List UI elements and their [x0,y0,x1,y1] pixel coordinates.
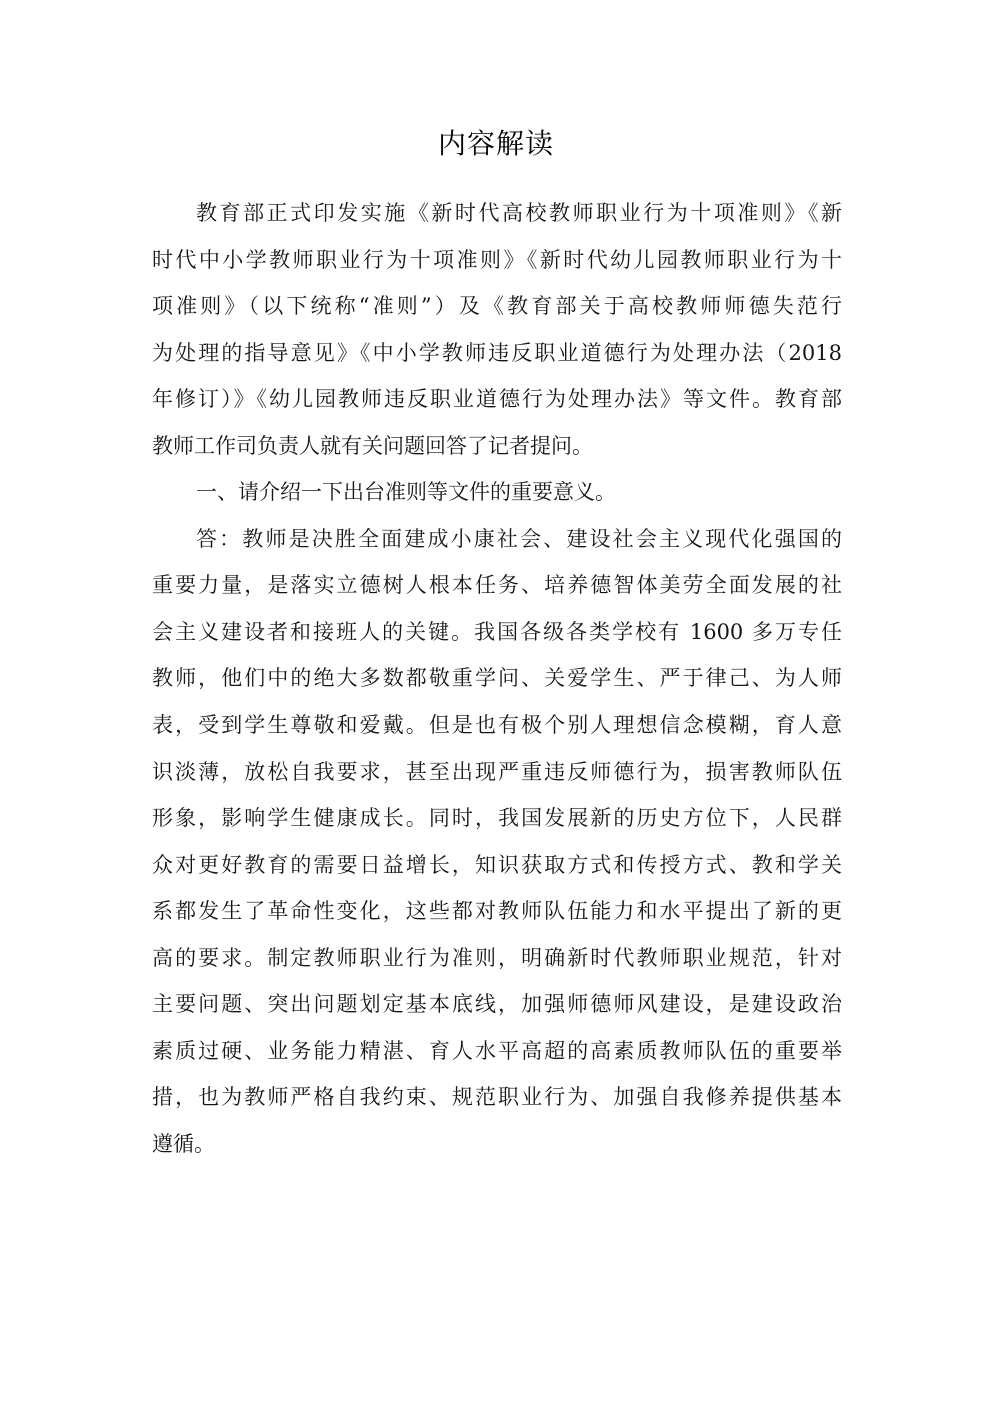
paragraph-line: 为处理的指导意见》《中小学教师违反职业道德行为处理办法（2018 [152,330,842,377]
paragraph-line: 遵循。 [152,1121,842,1168]
paragraph-line: 素质过硬、业务能力精湛、育人水平高超的高素质教师队伍的重要举 [152,1028,842,1075]
paragraph-line: 表，受到学生尊敬和爱戴。但是也有极个别人理想信念模糊，育人意 [152,702,842,749]
paragraph-line: 教师，他们中的绝大多数都敬重学问、关爱学生、严于律己、为人师 [152,655,842,702]
paragraph-line: 答：教师是决胜全面建成小康社会、建设社会主义现代化强国的 [152,516,842,563]
paragraph-line: 时代中小学教师职业行为十项准则》《新时代幼儿园教师职业行为十 [152,237,842,284]
paragraph-line: 会主义建设者和接班人的关键。我国各级各类学校有 1600 多万专任 [152,609,842,656]
paragraph-line: 系都发生了革命性变化，这些都对教师队伍能力和水平提出了新的更 [152,888,842,935]
document-page: 内容解读 教育部正式印发实施《新时代高校教师职业行为十项准则》《新 时代中小学教… [0,0,992,1403]
paragraph-line: 教师工作司负责人就有关问题回答了记者提问。 [152,423,842,470]
paragraph-line: 识淡薄，放松自我要求，甚至出现严重违反师德行为，损害教师队伍 [152,749,842,796]
paragraph-line: 项准则》（以下统称“准则”）及《教育部关于高校教师师德失范行 [152,283,842,330]
paragraph-line: 主要问题、突出问题划定基本底线，加强师德师风建设，是建设政治 [152,981,842,1028]
paragraph-line: 年修订）》《幼儿园教师违反职业道德行为处理办法》等文件。教育部 [152,376,842,423]
paragraph-line: 形象，影响学生健康成长。同时，我国发展新的历史方位下，人民群 [152,795,842,842]
paragraph-line: 重要力量，是落实立德树人根本任务、培养德智体美劳全面发展的社 [152,562,842,609]
paragraph-line: 高的要求。制定教师职业行为准则，明确新时代教师职业规范，针对 [152,935,842,982]
paragraph-line: 教育部正式印发实施《新时代高校教师职业行为十项准则》《新 [152,190,842,237]
page-title: 内容解读 [0,124,992,164]
document-body: 教育部正式印发实施《新时代高校教师职业行为十项准则》《新 时代中小学教师职业行为… [152,190,842,1167]
paragraph-line: 措，也为教师严格自我约束、规范职业行为、加强自我修养提供基本 [152,1074,842,1121]
question-heading: 一、请介绍一下出台准则等文件的重要意义。 [152,469,842,516]
paragraph-line: 众对更好教育的需要日益增长，知识获取方式和传授方式、教和学关 [152,842,842,889]
